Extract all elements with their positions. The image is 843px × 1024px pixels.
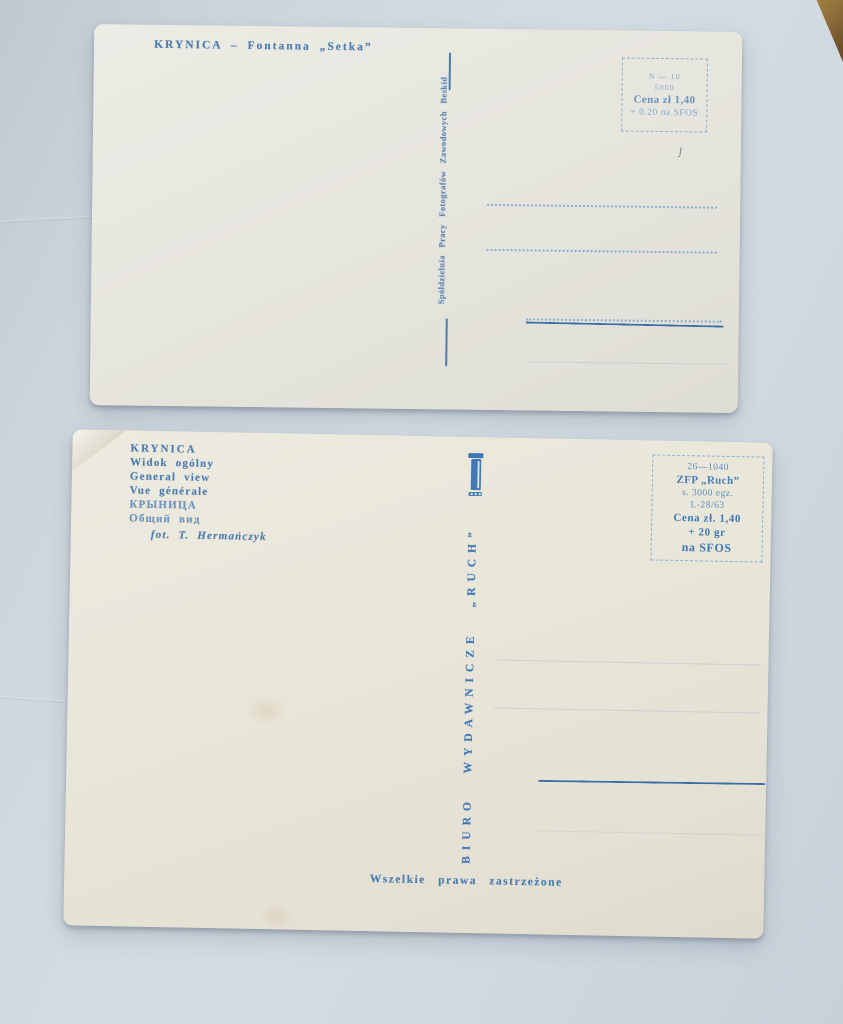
surcharge-target: na SFOS xyxy=(652,539,762,556)
catalog-number: 26—1040 xyxy=(653,461,763,473)
license-number: L-28/63 xyxy=(652,499,762,511)
divider-line-bottom-segment xyxy=(445,318,448,366)
surcharge-label: + 0.20 na SFOS xyxy=(622,108,706,119)
price-label: Cena zł 1,40 xyxy=(622,94,706,107)
print-run: s. 3000 egz. xyxy=(653,487,763,499)
divider-line-top-segment xyxy=(449,52,451,90)
publisher-abbrev: ZFP „Ruch” xyxy=(653,473,763,487)
price-stamp-box: 26—1040 ZFP „Ruch” s. 3000 egz. L-28/63 … xyxy=(650,454,764,562)
paper-stain xyxy=(259,903,293,930)
print-run: 5000 xyxy=(623,83,707,93)
background-crease xyxy=(0,216,95,224)
address-line-dotted xyxy=(495,707,760,713)
ruch-publisher-logo-icon xyxy=(466,452,487,502)
price-label: Cena zł. 1,40 xyxy=(652,511,762,525)
address-line-solid xyxy=(538,780,765,785)
postcard-bottom: KRYNICA Widok ogólny General view Vue gé… xyxy=(63,429,772,938)
series-number: N — 10 xyxy=(623,72,707,82)
rights-reserved-text: Wszelkie prawa zastrzeżone xyxy=(370,873,563,889)
address-line-dotted xyxy=(530,361,726,364)
address-line-dotted xyxy=(487,204,717,209)
address-line-dotted xyxy=(495,659,760,665)
address-line-dotted xyxy=(487,249,717,254)
wood-table-corner xyxy=(813,0,843,62)
address-line-dotted xyxy=(537,830,764,835)
photographer-credit: fot. T. Hermańczyk xyxy=(129,527,267,544)
publisher-vertical-text: Spółdzielnia Pracy Fotografów Zawodowych… xyxy=(436,98,449,304)
publisher-vertical-text: BIURO WYDAWNICZE „RUCH” xyxy=(460,520,479,870)
paper-stain xyxy=(245,695,288,726)
postcard-top: KRYNICA – Fontanna „Setka” N — 10 5000 C… xyxy=(90,24,743,413)
caption-russian: Общий вид xyxy=(129,511,267,528)
price-stamp-box: N — 10 5000 Cena zł 1,40 + 0.20 na SFOS xyxy=(621,58,708,133)
surcharge-label: + 20 gr xyxy=(652,525,762,539)
handwritten-pen-mark: J xyxy=(678,145,683,158)
postcard-title: KRYNICA – Fontanna „Setka” xyxy=(154,39,373,54)
caption-block: KRYNICA Widok ogólny General view Vue gé… xyxy=(129,441,269,544)
folded-corner xyxy=(72,429,127,472)
